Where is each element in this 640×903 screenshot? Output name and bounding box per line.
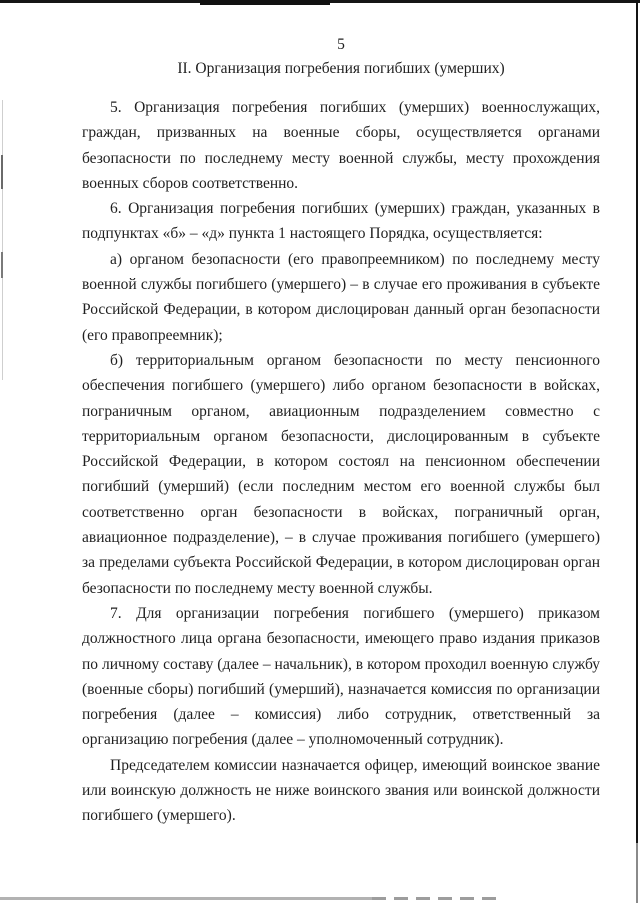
- scan-edge-left-mark: [1, 155, 3, 189]
- paragraph-subitem-b: б) территориальным органом безопасности …: [82, 348, 600, 601]
- scan-edge-bottom-dashes: [372, 897, 504, 900]
- scan-edge-right-fade: [636, 843, 638, 903]
- paragraph-item-7: 7. Для организации погребения погибшего …: [82, 601, 600, 753]
- document-content: 5 II. Организация погребения погибших (у…: [82, 0, 600, 829]
- page-number: 5: [82, 34, 600, 56]
- paragraph-chairman: Председателем комиссии назначается офице…: [82, 753, 600, 829]
- scan-edge-left-faint: [2, 100, 3, 380]
- paragraph-item-5: 5. Организация погребения погибших (умер…: [82, 95, 600, 196]
- scan-edge-left-mark: [1, 252, 3, 278]
- scanned-document-page: 5 II. Организация погребения погибших (у…: [0, 0, 640, 903]
- section-heading: II. Организация погребения погибших (уме…: [82, 58, 600, 80]
- scan-edge-right: [636, 0, 638, 897]
- paragraph-list: 5. Организация погребения погибших (умер…: [82, 95, 600, 829]
- scan-edge-bottom: [0, 897, 372, 900]
- paragraph-subitem-a: а) органом безопасности (его правопреемн…: [82, 247, 600, 348]
- paragraph-item-6: 6. Организация погребения погибших (умер…: [82, 196, 600, 247]
